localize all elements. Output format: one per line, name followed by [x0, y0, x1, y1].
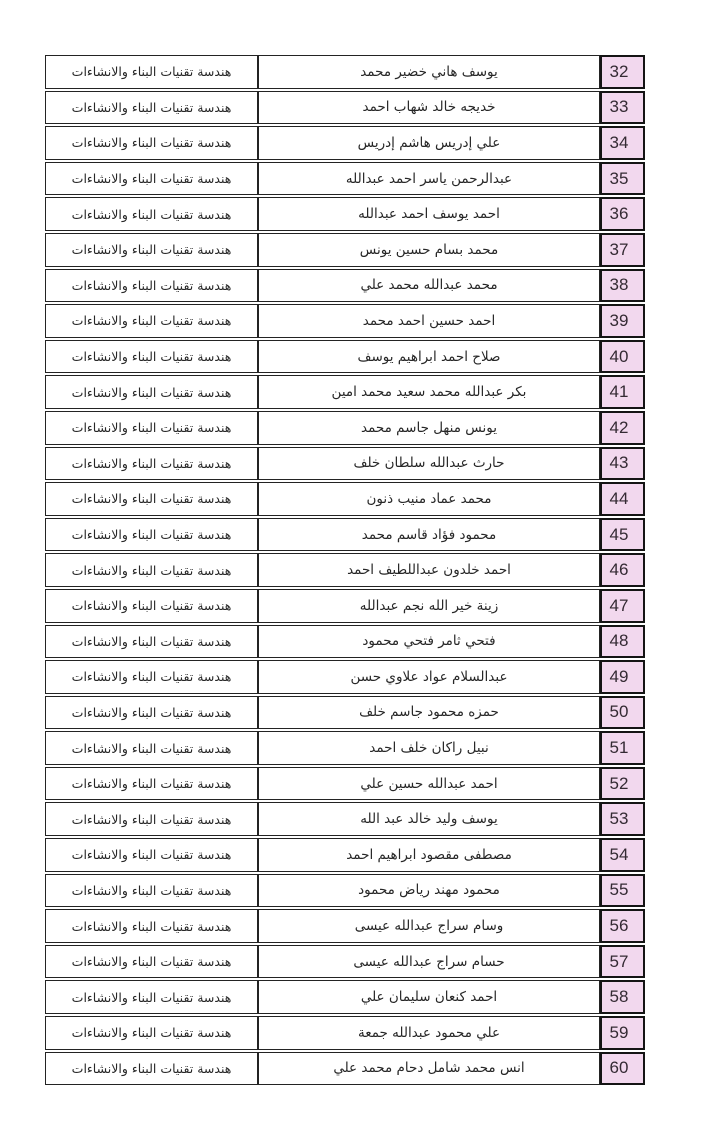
- table-row: 35 عبدالرحمن ياسر احمد عبدالله هندسة تقن…: [45, 162, 645, 196]
- row-number-cell: 42: [600, 411, 645, 445]
- department-cell: هندسة تقنيات البناء والانشاءات: [45, 91, 258, 125]
- student-name-cell: علي محمود عبدالله جمعة: [258, 1016, 600, 1050]
- row-number-cell: 37: [600, 233, 645, 267]
- department-cell: هندسة تقنيات البناء والانشاءات: [45, 482, 258, 516]
- row-number-cell: 51: [600, 731, 645, 765]
- student-name-cell: انس محمد شامل دحام محمد علي: [258, 1052, 600, 1086]
- student-name-cell: حارث عبدالله سلطان خلف: [258, 447, 600, 481]
- table-row: 51 نبيل راكان خلف احمد هندسة تقنيات البن…: [45, 731, 645, 765]
- department-cell: هندسة تقنيات البناء والانشاءات: [45, 340, 258, 374]
- department-cell: هندسة تقنيات البناء والانشاءات: [45, 589, 258, 623]
- department-cell: هندسة تقنيات البناء والانشاءات: [45, 375, 258, 409]
- student-name-cell: بكر عبدالله محمد سعيد محمد امين: [258, 375, 600, 409]
- scanned-page: 32 يوسف هاني خضير محمد هندسة تقنيات البن…: [0, 0, 720, 1146]
- row-number-cell: 52: [600, 767, 645, 801]
- department-cell: هندسة تقنيات البناء والانشاءات: [45, 411, 258, 445]
- department-cell: هندسة تقنيات البناء والانشاءات: [45, 696, 258, 730]
- table-row: 59 علي محمود عبدالله جمعة هندسة تقنيات ا…: [45, 1016, 645, 1050]
- department-cell: هندسة تقنيات البناء والانشاءات: [45, 945, 258, 979]
- student-name-cell: احمد كنعان سليمان علي: [258, 980, 600, 1014]
- student-name-cell: احمد خلدون عبداللطيف احمد: [258, 553, 600, 587]
- department-cell: هندسة تقنيات البناء والانشاءات: [45, 126, 258, 160]
- table-row: 42 يونس منهل جاسم محمد هندسة تقنيات البن…: [45, 411, 645, 445]
- table-row: 53 يوسف وليد خالد عبد الله هندسة تقنيات …: [45, 802, 645, 836]
- student-name-cell: محمد عماد منيب ذنون: [258, 482, 600, 516]
- department-cell: هندسة تقنيات البناء والانشاءات: [45, 909, 258, 943]
- row-number-cell: 48: [600, 625, 645, 659]
- row-number-cell: 34: [600, 126, 645, 160]
- row-number-cell: 44: [600, 482, 645, 516]
- department-cell: هندسة تقنيات البناء والانشاءات: [45, 197, 258, 231]
- row-number-cell: 47: [600, 589, 645, 623]
- student-name-cell: وسام سراج عبدالله عيسى: [258, 909, 600, 943]
- table-row: 48 فتحي ثامر فتحي محمود هندسة تقنيات الب…: [45, 625, 645, 659]
- student-name-cell: يوسف وليد خالد عبد الله: [258, 802, 600, 836]
- row-number-cell: 46: [600, 553, 645, 587]
- table-row: 38 محمد عبدالله محمد علي هندسة تقنيات ال…: [45, 269, 645, 303]
- student-name-cell: خديجه خالد شهاب احمد: [258, 91, 600, 125]
- table-row: 39 احمد حسين احمد محمد هندسة تقنيات البن…: [45, 304, 645, 338]
- department-cell: هندسة تقنيات البناء والانشاءات: [45, 874, 258, 908]
- row-number-cell: 35: [600, 162, 645, 196]
- department-cell: هندسة تقنيات البناء والانشاءات: [45, 660, 258, 694]
- row-number-cell: 57: [600, 945, 645, 979]
- department-cell: هندسة تقنيات البناء والانشاءات: [45, 625, 258, 659]
- student-name-cell: مصطفى مقصود ابراهيم احمد: [258, 838, 600, 872]
- table-row: 56 وسام سراج عبدالله عيسى هندسة تقنيات ا…: [45, 909, 645, 943]
- department-cell: هندسة تقنيات البناء والانشاءات: [45, 1052, 258, 1086]
- table-body: 32 يوسف هاني خضير محمد هندسة تقنيات البن…: [45, 55, 645, 1085]
- row-number-cell: 59: [600, 1016, 645, 1050]
- student-name-cell: محمد عبدالله محمد علي: [258, 269, 600, 303]
- row-number-cell: 50: [600, 696, 645, 730]
- row-number-cell: 36: [600, 197, 645, 231]
- row-number-cell: 55: [600, 874, 645, 908]
- table-row: 45 محمود فؤاد قاسم محمد هندسة تقنيات الب…: [45, 518, 645, 552]
- table-row: 44 محمد عماد منيب ذنون هندسة تقنيات البن…: [45, 482, 645, 516]
- row-number-cell: 49: [600, 660, 645, 694]
- student-name-cell: محمود مهند رياض محمود: [258, 874, 600, 908]
- students-table: 32 يوسف هاني خضير محمد هندسة تقنيات البن…: [45, 53, 645, 1087]
- student-name-cell: احمد حسين احمد محمد: [258, 304, 600, 338]
- student-name-cell: احمد يوسف احمد عبدالله: [258, 197, 600, 231]
- student-table-container: 32 يوسف هاني خضير محمد هندسة تقنيات البن…: [45, 55, 645, 1087]
- table-row: 58 احمد كنعان سليمان علي هندسة تقنيات ال…: [45, 980, 645, 1014]
- row-number-cell: 60: [600, 1052, 645, 1086]
- student-name-cell: علي إدريس هاشم إدريس: [258, 126, 600, 160]
- table-row: 54 مصطفى مقصود ابراهيم احمد هندسة تقنيات…: [45, 838, 645, 872]
- table-row: 50 حمزه محمود جاسم خلف هندسة تقنيات البن…: [45, 696, 645, 730]
- row-number-cell: 40: [600, 340, 645, 374]
- table-row: 37 محمد بسام حسين يونس هندسة تقنيات البن…: [45, 233, 645, 267]
- table-row: 47 زينة خير الله نجم عبدالله هندسة تقنيا…: [45, 589, 645, 623]
- table-row: 57 حسام سراج عبدالله عيسى هندسة تقنيات ا…: [45, 945, 645, 979]
- table-row: 52 احمد عبدالله حسين علي هندسة تقنيات ال…: [45, 767, 645, 801]
- student-name-cell: عبدالرحمن ياسر احمد عبدالله: [258, 162, 600, 196]
- table-row: 43 حارث عبدالله سلطان خلف هندسة تقنيات ا…: [45, 447, 645, 481]
- department-cell: هندسة تقنيات البناء والانشاءات: [45, 447, 258, 481]
- table-row: 34 علي إدريس هاشم إدريس هندسة تقنيات الب…: [45, 126, 645, 160]
- student-name-cell: محمود فؤاد قاسم محمد: [258, 518, 600, 552]
- department-cell: هندسة تقنيات البناء والانشاءات: [45, 304, 258, 338]
- student-name-cell: عبدالسلام عواد علاوي حسن: [258, 660, 600, 694]
- student-name-cell: يونس منهل جاسم محمد: [258, 411, 600, 445]
- student-name-cell: نبيل راكان خلف احمد: [258, 731, 600, 765]
- department-cell: هندسة تقنيات البناء والانشاءات: [45, 553, 258, 587]
- row-number-cell: 53: [600, 802, 645, 836]
- student-name-cell: محمد بسام حسين يونس: [258, 233, 600, 267]
- student-name-cell: زينة خير الله نجم عبدالله: [258, 589, 600, 623]
- table-row: 60 انس محمد شامل دحام محمد علي هندسة تقن…: [45, 1052, 645, 1086]
- table-row: 49 عبدالسلام عواد علاوي حسن هندسة تقنيات…: [45, 660, 645, 694]
- row-number-cell: 58: [600, 980, 645, 1014]
- table-row: 41 بكر عبدالله محمد سعيد محمد امين هندسة…: [45, 375, 645, 409]
- table-row: 40 صلاح احمد ابراهيم يوسف هندسة تقنيات ا…: [45, 340, 645, 374]
- row-number-cell: 43: [600, 447, 645, 481]
- row-number-cell: 33: [600, 91, 645, 125]
- department-cell: هندسة تقنيات البناء والانشاءات: [45, 1016, 258, 1050]
- table-row: 46 احمد خلدون عبداللطيف احمد هندسة تقنيا…: [45, 553, 645, 587]
- row-number-cell: 32: [600, 55, 645, 89]
- student-name-cell: يوسف هاني خضير محمد: [258, 55, 600, 89]
- row-number-cell: 41: [600, 375, 645, 409]
- student-name-cell: حسام سراج عبدالله عيسى: [258, 945, 600, 979]
- row-number-cell: 54: [600, 838, 645, 872]
- department-cell: هندسة تقنيات البناء والانشاءات: [45, 838, 258, 872]
- department-cell: هندسة تقنيات البناء والانشاءات: [45, 518, 258, 552]
- department-cell: هندسة تقنيات البناء والانشاءات: [45, 55, 258, 89]
- row-number-cell: 56: [600, 909, 645, 943]
- table-row: 33 خديجه خالد شهاب احمد هندسة تقنيات الب…: [45, 91, 645, 125]
- student-name-cell: فتحي ثامر فتحي محمود: [258, 625, 600, 659]
- department-cell: هندسة تقنيات البناء والانشاءات: [45, 980, 258, 1014]
- table-row: 36 احمد يوسف احمد عبدالله هندسة تقنيات ا…: [45, 197, 645, 231]
- row-number-cell: 45: [600, 518, 645, 552]
- department-cell: هندسة تقنيات البناء والانشاءات: [45, 162, 258, 196]
- student-name-cell: حمزه محمود جاسم خلف: [258, 696, 600, 730]
- student-name-cell: احمد عبدالله حسين علي: [258, 767, 600, 801]
- row-number-cell: 39: [600, 304, 645, 338]
- department-cell: هندسة تقنيات البناء والانشاءات: [45, 233, 258, 267]
- table-row: 32 يوسف هاني خضير محمد هندسة تقنيات البن…: [45, 55, 645, 89]
- department-cell: هندسة تقنيات البناء والانشاءات: [45, 269, 258, 303]
- department-cell: هندسة تقنيات البناء والانشاءات: [45, 802, 258, 836]
- row-number-cell: 38: [600, 269, 645, 303]
- department-cell: هندسة تقنيات البناء والانشاءات: [45, 731, 258, 765]
- student-name-cell: صلاح احمد ابراهيم يوسف: [258, 340, 600, 374]
- table-row: 55 محمود مهند رياض محمود هندسة تقنيات ال…: [45, 874, 645, 908]
- department-cell: هندسة تقنيات البناء والانشاءات: [45, 767, 258, 801]
